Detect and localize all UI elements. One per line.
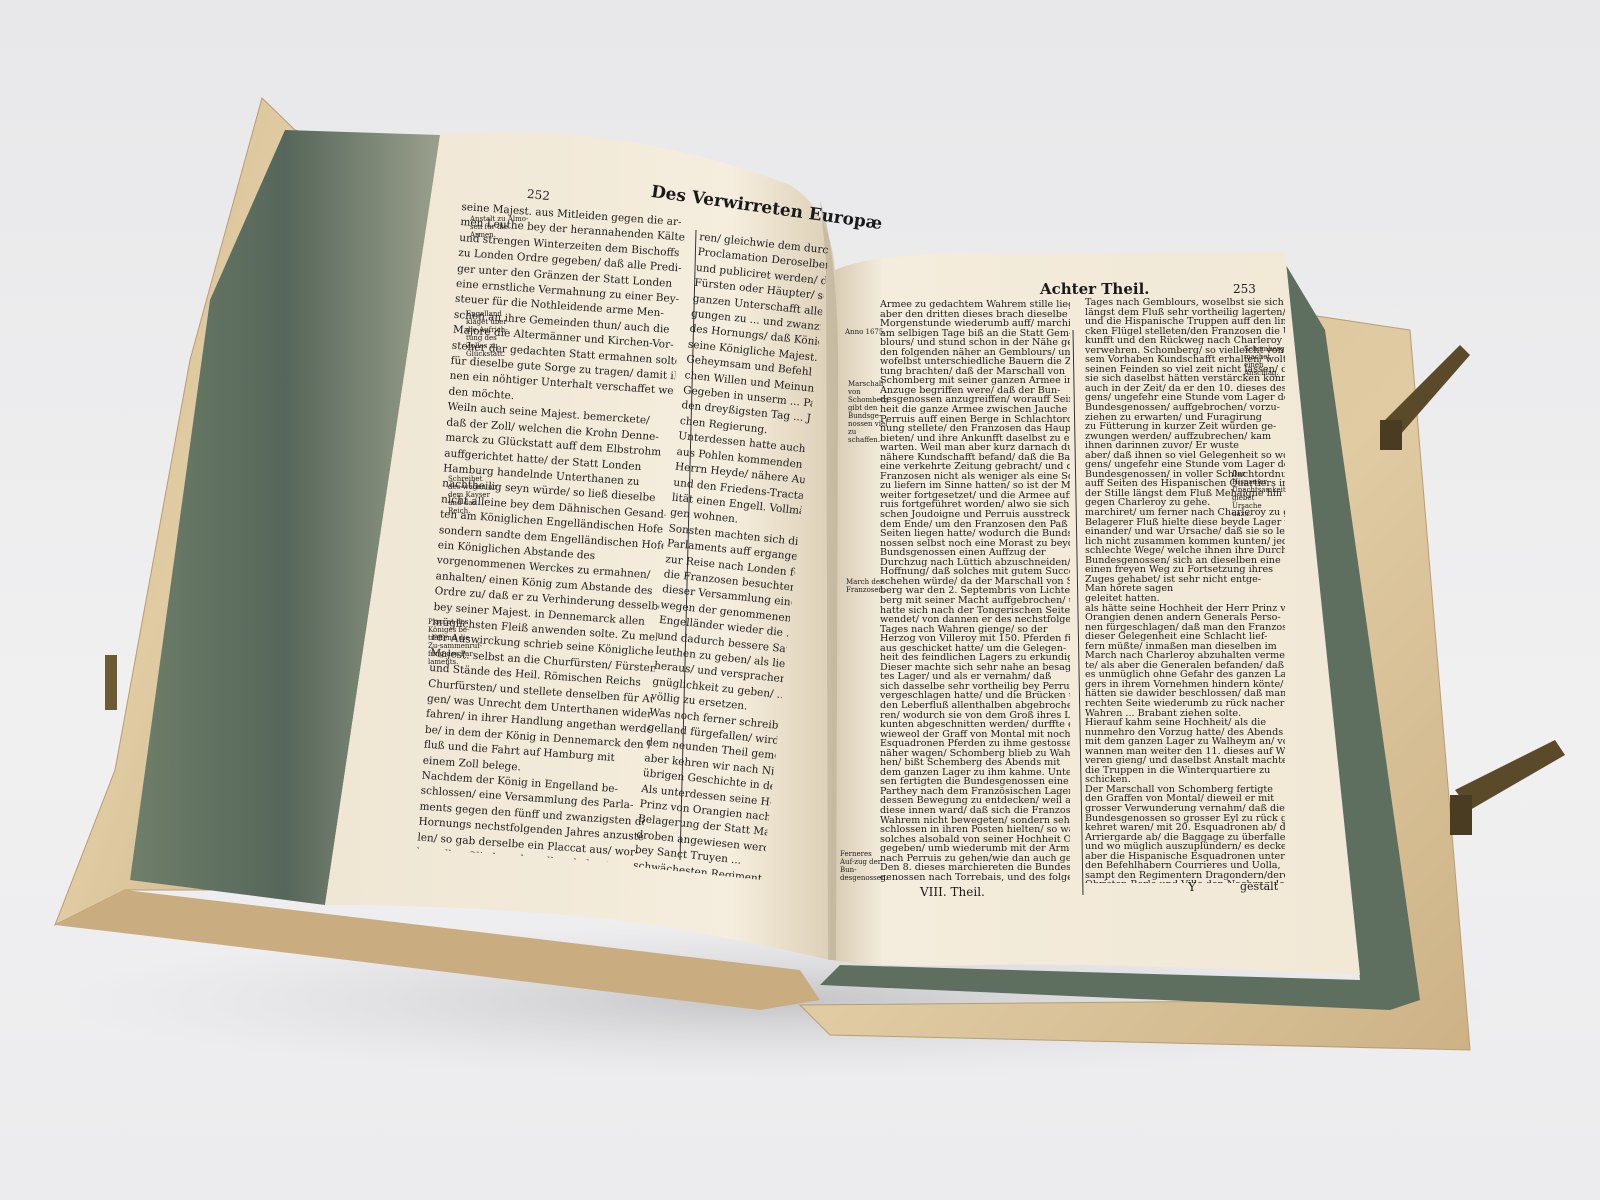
right-page-column-2: Tages nach Gemblours, woselbst sie sichl… <box>1085 298 1285 883</box>
right-margin-note-4: Schomberg machet einen Anschlag. <box>1244 345 1289 377</box>
right-margin-note-5: Der Hispanier Unachtsamkeit giebet Ursac… <box>1232 470 1280 518</box>
right-running-head: Achter Theil. <box>1040 280 1150 298</box>
right-page-column-1: Armee zu gedachtem Wahrem stille liegen/… <box>880 300 1070 885</box>
book-photo-scene: 252 Des Verwirreten Europæ seine Majest.… <box>0 0 1600 1200</box>
brass-clasp-lower <box>1450 740 1565 835</box>
catchword: gestalt <box>1240 880 1278 893</box>
right-margin-note-2: March der Franzosen. <box>846 578 886 594</box>
signature-letter: Y <box>1188 880 1196 894</box>
right-page-number: 253 <box>1233 282 1256 296</box>
left-margin-note-3: Schreibet des-wegen an dem Kayser und da… <box>448 475 498 515</box>
clasp-hinge-left <box>105 655 117 710</box>
right-margin-note-3: Ferneres Auf-zug der Bun-desgenossen. <box>840 850 882 882</box>
book-illustration <box>0 0 1600 1200</box>
text-line: genossen nach Torrebais, und des folgend… <box>880 873 1070 883</box>
right-column-1-text: Armee zu gedachtem Wahrem stille liegen/… <box>880 300 1070 882</box>
right-margin-note-1: Marschall von Schomberg gibt den Bundsge… <box>848 380 888 444</box>
left-margin-note-4: Placcat des Königes be-treffend die Zu-s… <box>428 618 483 666</box>
left-margin-note-1: Anstalt zu Almo-sen für die Armen. <box>470 215 530 239</box>
left-page-number: 252 <box>526 187 550 203</box>
left-margin-note-2: Engelland klaget über die Aufrich-tung d… <box>466 310 516 358</box>
right-column-2-text: Tages nach Gemblours, woselbst sie sichl… <box>1085 298 1285 883</box>
signature-mark: VIII. Theil. <box>920 885 985 899</box>
